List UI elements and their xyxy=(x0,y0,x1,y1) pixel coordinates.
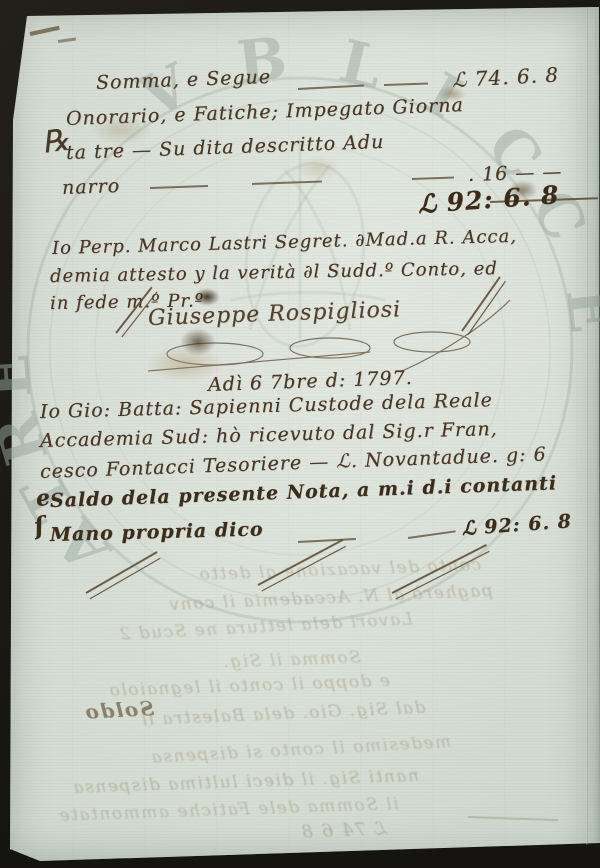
photographed-manuscript: V B L I C ATREP C E Somma, e Segue ℒ 74.… xyxy=(0,0,600,868)
manuscript-line: narro xyxy=(62,175,121,199)
